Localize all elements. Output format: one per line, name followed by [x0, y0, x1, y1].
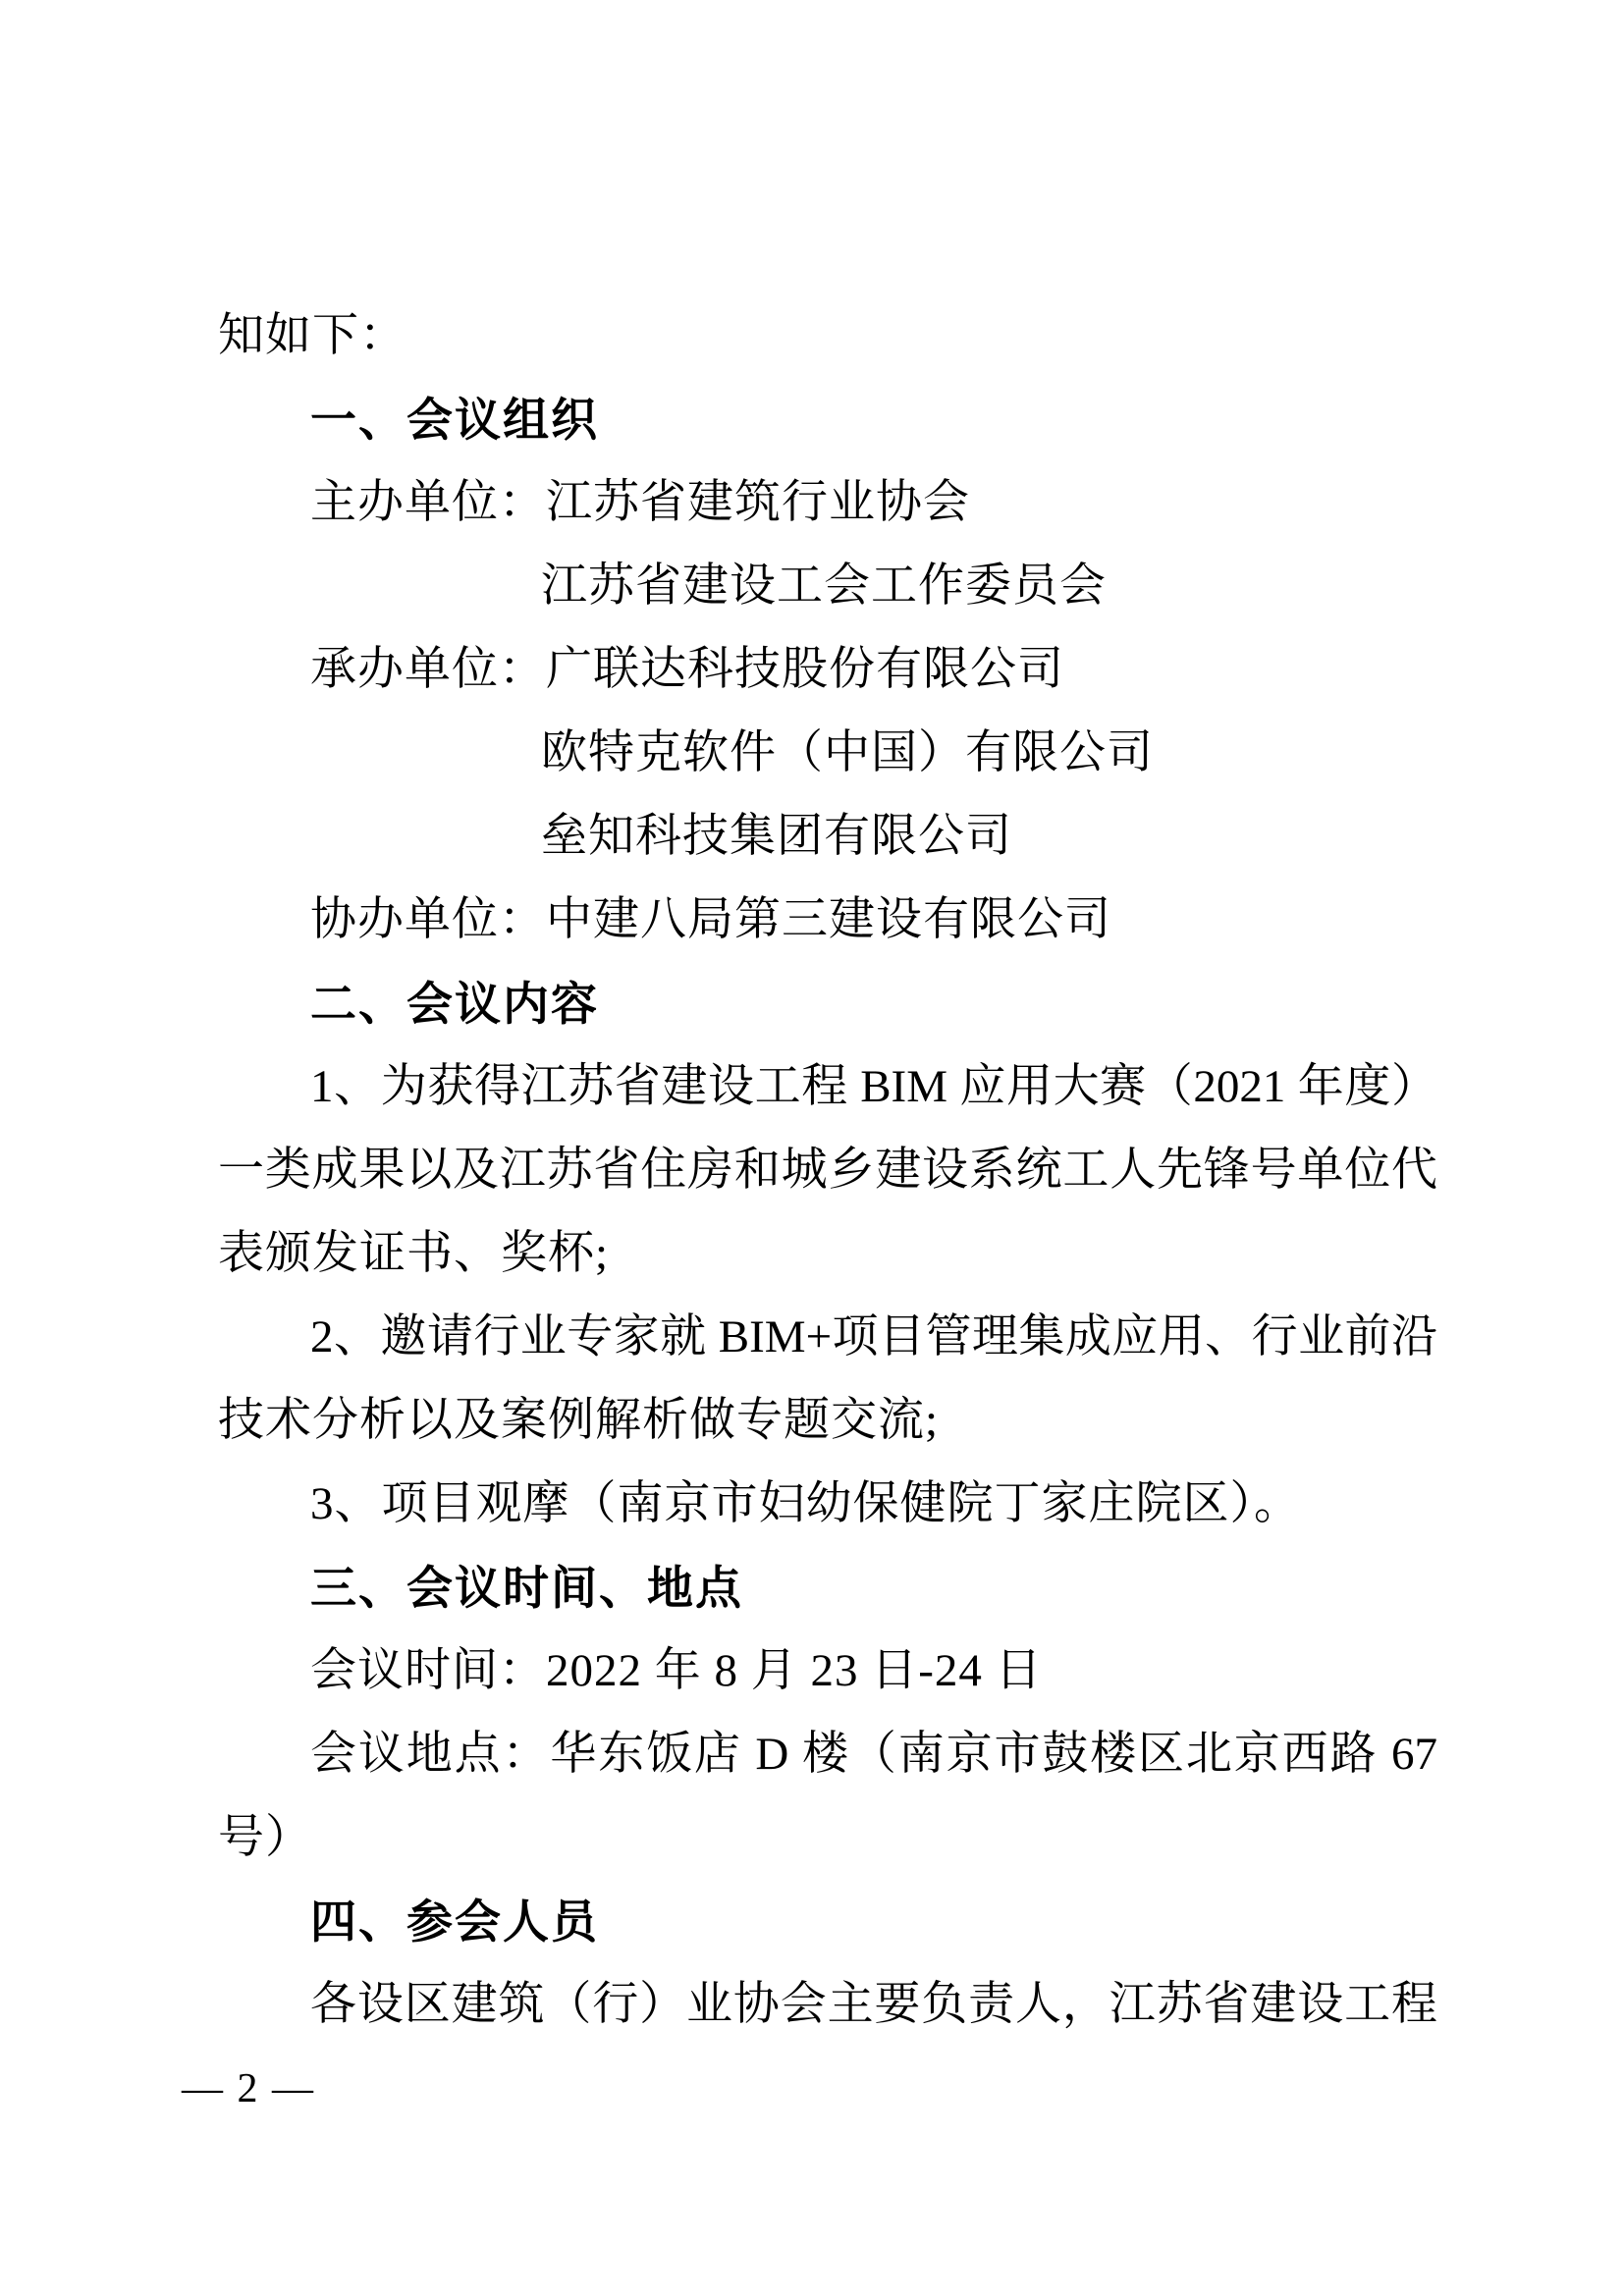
content-item-2-line-1: 2、邀请行业专家就 BIM+项目管理集成应用、行业前沿 [218, 1296, 1437, 1379]
meeting-time-line: 会议时间：2022 年 8 月 23 日-24 日 [218, 1629, 1437, 1713]
document-body: 知如下： 一、会议组织 主办单位：江苏省建筑行业协会 江苏省建设工会工作委员会 … [218, 294, 1437, 2047]
document-page: 知如下： 一、会议组织 主办单位：江苏省建筑行业协会 江苏省建设工会工作委员会 … [0, 0, 1623, 2296]
intro-continuation-line: 知如下： [218, 294, 1437, 378]
content-item-1-line-2: 一类成果以及江苏省住房和城乡建设系统工人先锋号单位代 [218, 1129, 1437, 1212]
heading-meeting-organization: 一、会议组织 [218, 378, 1437, 461]
organizer-unit-line-2: 欧特克软件（中国）有限公司 [218, 712, 1437, 795]
content-item-1-line-3: 表颁发证书、奖杯; [218, 1212, 1437, 1296]
heading-meeting-time-place: 三、会议时间、地点 [218, 1546, 1437, 1629]
heading-meeting-content: 二、会议内容 [218, 962, 1437, 1045]
participants-line-1: 各设区建筑（行）业协会主要负责人，江苏省建设工程 [218, 1963, 1437, 2047]
meeting-place-line-1: 会议地点：华东饭店 D 楼（南京市鼓楼区北京西路 67 [218, 1713, 1437, 1796]
meeting-place-line-2: 号） [218, 1796, 1437, 1880]
content-item-1-line-1: 1、为获得江苏省建设工程 BIM 应用大赛（2021 年度） [218, 1045, 1437, 1129]
organizer-unit-line: 承办单位：广联达科技股份有限公司 [218, 628, 1437, 712]
content-item-2-line-2: 技术分析以及案例解析做专题交流; [218, 1379, 1437, 1463]
content-item-3-line: 3、项目观摩（南京市妇幼保健院丁家庄院区）。 [218, 1463, 1437, 1546]
organizer-unit-line-3: 垒知科技集团有限公司 [218, 795, 1437, 879]
heading-participants: 四、参会人员 [218, 1880, 1437, 1963]
co-organizer-unit-line: 协办单位：中建八局第三建设有限公司 [218, 879, 1437, 962]
page-number: — 2 — [182, 2064, 315, 2113]
host-unit-line-2: 江苏省建设工会工作委员会 [218, 545, 1437, 628]
host-unit-line: 主办单位：江苏省建筑行业协会 [218, 461, 1437, 545]
